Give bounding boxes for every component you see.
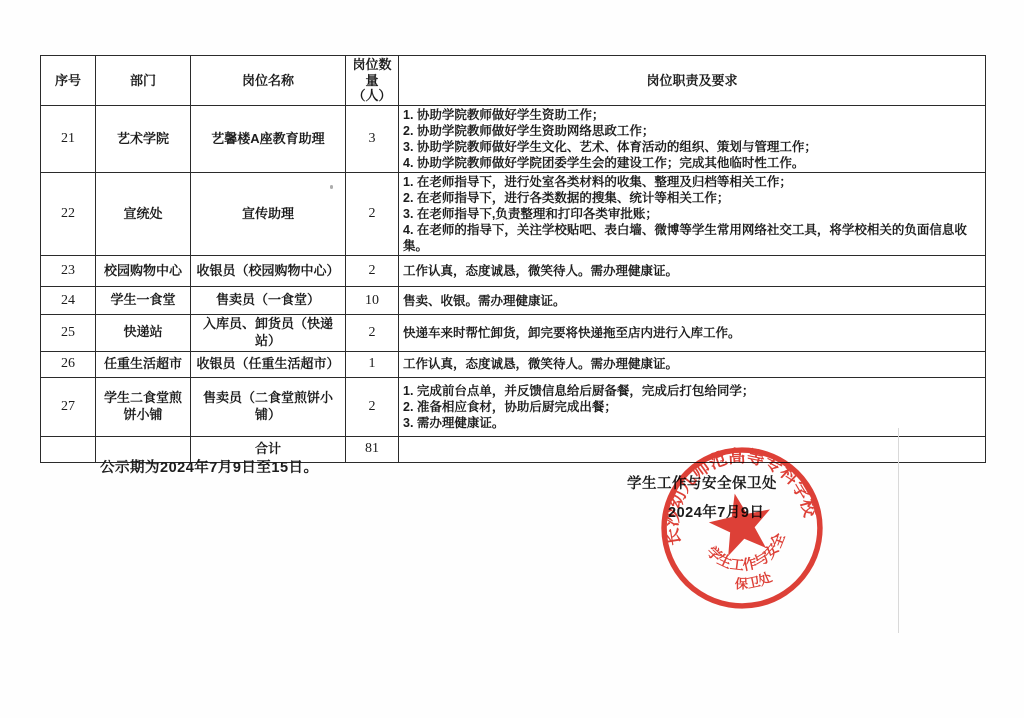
table-row: 23校园购物中心收银员（校园购物中心）2工作认真，态度诚恳，微笑待人。需办理健康…	[41, 256, 986, 287]
cell-row-number: 24	[41, 287, 96, 315]
cell-duties: 工作认真，态度诚恳，微笑待人。需办理健康证。	[399, 351, 986, 377]
table-header: 序号 部门 岗位名称 岗位数量（人） 岗位职责及要求	[41, 56, 986, 106]
seal-inner-text-line1: 学生工作与安全	[701, 527, 795, 582]
seal-inner-text-line2: 保卫处	[732, 567, 776, 594]
cell-position: 收银员（任重生活超市）	[191, 351, 346, 377]
cell-duties: 快递车来时帮忙卸货，卸完要将快递拖至店内进行入库工作。	[399, 315, 986, 352]
cell-row-number: 26	[41, 351, 96, 377]
cell-count: 2	[346, 256, 399, 287]
duty-line: 售卖、收银。需办理健康证。	[403, 293, 981, 309]
table-row: 27学生二食堂煎饼小铺售卖员（二食堂煎饼小铺）21. 完成前台点单，并反馈信息给…	[41, 377, 986, 436]
seal-ring	[650, 436, 835, 621]
cell-department: 宣统处	[96, 173, 191, 256]
table-row: 25快递站入库员、卸货员（快递站）2快递车来时帮忙卸货，卸完要将快递拖至店内进行…	[41, 315, 986, 352]
cell-department: 任重生活超市	[96, 351, 191, 377]
table-row: 24学生一食堂售卖员（一食堂）10售卖、收银。需办理健康证。	[41, 287, 986, 315]
publicity-period-note: 公示期为2024年7月9日至15日。	[100, 456, 319, 477]
duty-line: 2. 准备相应食材，协助后厨完成出餐；	[403, 399, 981, 415]
duty-line: 3. 需办理健康证。	[403, 415, 981, 431]
cell-total-count: 81	[346, 436, 399, 462]
cell-position: 售卖员（一食堂）	[191, 287, 346, 315]
table-row: 26任重生活超市收银员（任重生活超市）1工作认真，态度诚恳，微笑待人。需办理健康…	[41, 351, 986, 377]
duty-line: 4. 在老师的指导下，关注学校贴吧、表白墙、微博等学生常用网络社交工具，将学校相…	[403, 222, 981, 254]
header-department: 部门	[96, 56, 191, 106]
header-no: 序号	[41, 56, 96, 106]
cell-duties: 1. 在老师指导下，进行处室各类材料的收集、整理及归档等相关工作；2. 在老师指…	[399, 173, 986, 256]
cell-position: 宣传助理	[191, 173, 346, 256]
cell-count: 2	[346, 173, 399, 256]
duty-line: 1. 协助学院教师做好学生资助工作；	[403, 107, 981, 123]
cell-department: 学生一食堂	[96, 287, 191, 315]
duty-line: 4. 协助学院教师做好学院团委学生会的建设工作；完成其他临时性工作。	[403, 155, 981, 171]
duty-line: 3. 在老师指导下,负责整理和打印各类审批账；	[403, 206, 981, 222]
cell-position: 艺馨楼A座教育助理	[191, 106, 346, 173]
duty-line: 1. 在老师指导下，进行处室各类材料的收集、整理及归档等相关工作；	[403, 174, 981, 190]
svg-text:保卫处: 保卫处	[732, 567, 776, 594]
cell-count: 2	[346, 377, 399, 436]
duty-line: 3. 协助学院教师做好学生文化、艺术、体育活动的组织、策划与管理工作；	[403, 139, 981, 155]
cell-row-number: 23	[41, 256, 96, 287]
header-count: 岗位数量（人）	[346, 56, 399, 106]
cell-count: 2	[346, 315, 399, 352]
cell-row-number: 21	[41, 106, 96, 173]
scanned-document-page: 序号 部门 岗位名称 岗位数量（人） 岗位职责及要求 21艺术学院艺馨楼A座教育…	[0, 0, 1024, 718]
header-duties: 岗位职责及要求	[399, 56, 986, 106]
header-row: 序号 部门 岗位名称 岗位数量（人） 岗位职责及要求	[41, 56, 986, 106]
header-position: 岗位名称	[191, 56, 346, 106]
cell-row-number-empty	[41, 436, 96, 462]
cell-duties: 售卖、收银。需办理健康证。	[399, 287, 986, 315]
job-posting-table: 序号 部门 岗位名称 岗位数量（人） 岗位职责及要求 21艺术学院艺馨楼A座教育…	[40, 55, 986, 463]
cell-duties: 工作认真，态度诚恳，微笑待人。需办理健康证。	[399, 256, 986, 287]
cell-position: 入库员、卸货员（快递站）	[191, 315, 346, 352]
cell-position: 售卖员（二食堂煎饼小铺）	[191, 377, 346, 436]
scan-speck	[330, 185, 333, 189]
duty-line: 2. 协助学院教师做好学生资助网络思政工作；	[403, 123, 981, 139]
table-body: 21艺术学院艺馨楼A座教育助理31. 协助学院教师做好学生资助工作；2. 协助学…	[41, 106, 986, 463]
cell-count: 1	[346, 351, 399, 377]
duty-line: 快递车来时帮忙卸货，卸完要将快递拖至店内进行入库工作。	[403, 325, 981, 341]
paper-scan-edge	[898, 428, 899, 633]
cell-count: 3	[346, 106, 399, 173]
duty-line: 工作认真，态度诚恳，微笑待人。需办理健康证。	[403, 356, 981, 372]
cell-row-number: 25	[41, 315, 96, 352]
signature-date: 2024年7月9日	[668, 501, 764, 522]
cell-department: 校园购物中心	[96, 256, 191, 287]
cell-duties: 1. 协助学院教师做好学生资助工作；2. 协助学院教师做好学生资助网络思政工作；…	[399, 106, 986, 173]
table-row: 22宣统处宣传助理21. 在老师指导下，进行处室各类材料的收集、整理及归档等相关…	[41, 173, 986, 256]
cell-department: 学生二食堂煎饼小铺	[96, 377, 191, 436]
signature-organization: 学生工作与安全保卫处	[627, 472, 777, 493]
duty-line: 1. 完成前台点单，并反馈信息给后厨备餐，完成后打包给同学；	[403, 383, 981, 399]
cell-row-number: 27	[41, 377, 96, 436]
duty-line: 2. 在老师指导下，进行各类数据的搜集、统计等相关工作；	[403, 190, 981, 206]
cell-position: 收银员（校园购物中心）	[191, 256, 346, 287]
cell-department: 艺术学院	[96, 106, 191, 173]
cell-count: 10	[346, 287, 399, 315]
duty-line: 工作认真，态度诚恳，微笑待人。需办理健康证。	[403, 263, 981, 279]
cell-department: 快递站	[96, 315, 191, 352]
cell-row-number: 22	[41, 173, 96, 256]
seal-star-icon	[704, 487, 778, 558]
svg-text:学生工作与安全: 学生工作与安全	[701, 527, 795, 582]
table-row: 21艺术学院艺馨楼A座教育助理31. 协助学院教师做好学生资助工作；2. 协助学…	[41, 106, 986, 173]
